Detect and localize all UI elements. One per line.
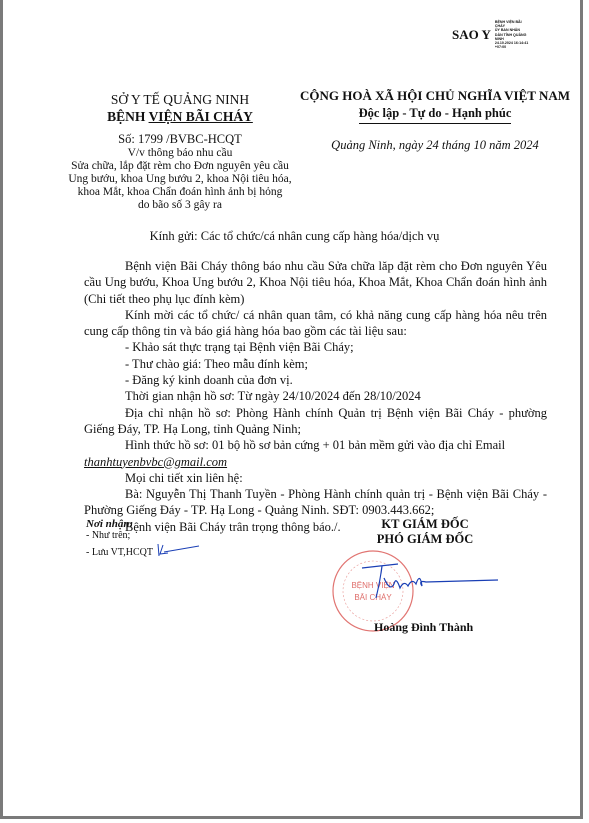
subject-line: V/v thông báo nhu cầu bbox=[60, 147, 300, 160]
motto: Độc lập - Tự do - Hạnh phúc bbox=[359, 105, 512, 124]
submission-address: Địa chỉ nhận hồ sơ: Phòng Hành chính Quả… bbox=[84, 405, 547, 438]
recipient-item: - Như trên; bbox=[86, 530, 201, 542]
initials-icon bbox=[155, 542, 201, 558]
place-date: Quảng Ninh, ngày 24 tháng 10 năm 2024 bbox=[290, 138, 580, 153]
submission-time: Thời gian nhận hồ sơ: Từ ngày 24/10/2024… bbox=[84, 388, 547, 404]
email-line: thanhtuyenbvbc@gmail.com bbox=[84, 454, 547, 470]
recipients-block: Nơi nhận: - Như trên; - Lưu VT,HCQT bbox=[86, 518, 201, 559]
org-prefix: BỆNH bbox=[107, 109, 148, 124]
salutation: Kính gửi: Các tổ chức/cá nhân cung cấp h… bbox=[0, 229, 589, 244]
signer-title-1: KT GIÁM ĐỐC bbox=[340, 517, 510, 532]
org-underlined: VIỆN BÃI CHÁY bbox=[149, 109, 253, 124]
subject-line: Ung bướu, khoa Ung bướu 2, khoa Nội tiêu… bbox=[60, 173, 300, 186]
national-header: CỘNG HOÀ XÃ HỘI CHỦ NGHĨA VIỆT NAM Độc l… bbox=[290, 87, 580, 153]
signer-title-2: PHÓ GIÁM ĐỐC bbox=[340, 532, 510, 547]
copy-label: SAO Y bbox=[452, 27, 491, 43]
department-name: SỞ Y TẾ QUẢNG NINH bbox=[60, 92, 300, 108]
requirement-item: - Đăng ký kinh doanh của đơn vị. bbox=[84, 372, 547, 388]
subject-line: khoa Mắt, khoa Chẩn đoán hình ảnh bị hỏn… bbox=[60, 186, 300, 199]
subject-line: Sửa chữa, lắp đặt rèm cho Đơn nguyên yêu… bbox=[60, 160, 300, 173]
contact-details: Bà: Nguyễn Thị Thanh Tuyền - Phòng Hành … bbox=[84, 486, 547, 519]
paragraph-invitation: Kính mời các tổ chức/ cá nhân quan tâm, … bbox=[84, 307, 547, 340]
paragraph-intro: Bệnh viện Bãi Cháy thông báo nhu cầu Sửa… bbox=[84, 258, 547, 307]
nation-title: CỘNG HOÀ XÃ HỘI CHỦ NGHĨA VIỆT NAM bbox=[290, 87, 580, 104]
recipient-item: - Lưu VT,HCQT bbox=[86, 542, 201, 559]
contact-intro: Mọi chi tiết xin liên hệ: bbox=[84, 470, 547, 486]
digital-signature-meta: BỆNH VIỆN BÃI CHÁY ỦY BAN NHÂN DÂN TỈNH … bbox=[495, 20, 528, 49]
signer-block: KT GIÁM ĐỐC PHÓ GIÁM ĐỐC bbox=[340, 517, 510, 547]
email-link[interactable]: thanhtuyenbvbc@gmail.com bbox=[84, 455, 227, 469]
recipient-item-text: - Lưu VT,HCQT bbox=[86, 547, 153, 558]
submission-form: Hình thức hồ sơ: 01 bộ hồ sơ bản cứng + … bbox=[84, 437, 547, 453]
requirement-item: - Khảo sát thực trạng tại Bệnh viện Bãi … bbox=[84, 339, 547, 355]
issuer-block: SỞ Y TẾ QUẢNG NINH BỆNH VIỆN BÃI CHÁY Số… bbox=[60, 92, 300, 212]
document-body: Bệnh viện Bãi Cháy thông báo nhu cầu Sửa… bbox=[84, 258, 547, 535]
signer-name: Hoàng Đình Thành bbox=[374, 620, 473, 635]
signature-icon bbox=[360, 562, 500, 602]
recipients-title: Nơi nhận: bbox=[86, 518, 201, 530]
document-number: Số: 1799 /BVBC-HCQT bbox=[60, 132, 300, 147]
subject-line: do bão số 3 gây ra bbox=[60, 199, 300, 212]
requirement-item: - Thư chào giá: Theo mẫu đính kèm; bbox=[84, 356, 547, 372]
copy-stamp: SAO Y BỆNH VIỆN BÃI CHÁY ỦY BAN NHÂN DÂN… bbox=[452, 20, 528, 49]
meta-line: +07:00 bbox=[495, 45, 528, 49]
organization-name: BỆNH VIỆN BÃI CHÁY bbox=[60, 108, 300, 125]
